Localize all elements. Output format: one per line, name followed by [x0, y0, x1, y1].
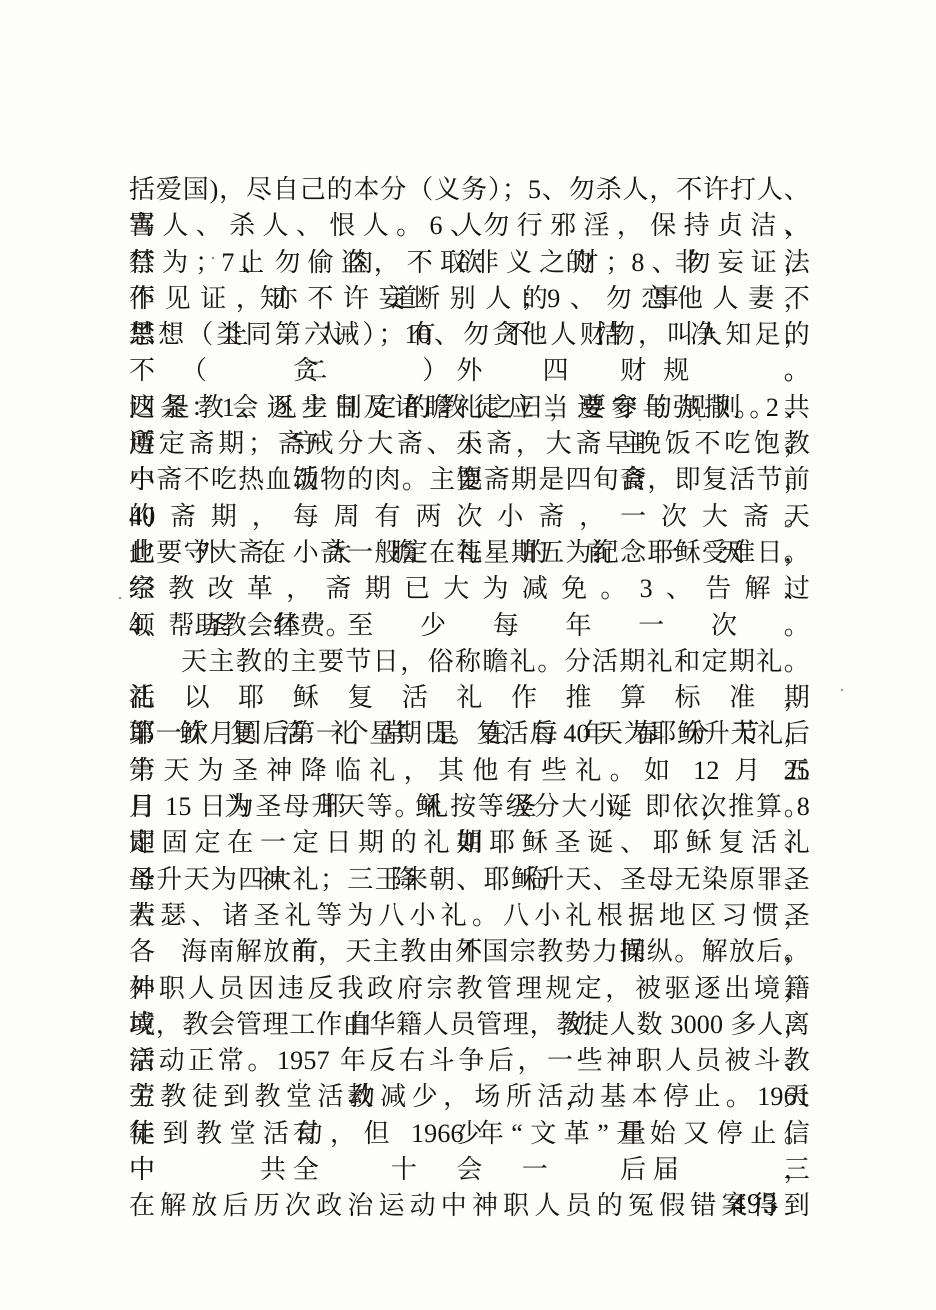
- text-line: 害人、杀人、恨人。6、勿行邪淫，保持贞洁，禁止肉欲的非法: [129, 208, 810, 244]
- text-line: 的斋期，每周有两次小斋，一次大斋。此外在大瞻礼的前一天，: [129, 499, 810, 535]
- text-line: 中全会后，在解放后历次政治运动中神职人员的冤假错案得到: [129, 1152, 810, 1188]
- text-line: 思想（类同第六诫）；10、勿贪他人财物，叫人知足，不贪外财。: [129, 317, 810, 353]
- text-line: 作见证，亦不许妄断别人；9、勿恋他人妻，禁止人有不洁净的: [129, 281, 810, 317]
- text-line paragraph-end: 若瑟、诸圣礼等为八小礼。八小礼根据地区习惯，各有不同。: [129, 898, 810, 934]
- page-number: 493: [731, 1189, 779, 1221]
- text-line: 宗教改革，斋期已大为减免。3、告解、领圣体至少每年一次。: [129, 571, 810, 607]
- text-line paragraph-start: 天主教的主要节日，俗称瞻礼。分活期礼和定期礼。活期: [129, 644, 810, 680]
- text-line: 境，教会管理工作由华籍人员管理，教徒人数 3000 多人，宗教: [129, 1007, 810, 1043]
- text-line: 活动正常。1957 年反右斗争后，一些神职人员被斗、劳教，天: [129, 1043, 810, 1079]
- text-line: 行为；7、勿偷盗，不取非义之财；8、勿妄证，不知道的事不: [129, 245, 810, 281]
- text-line: 主教徒到教堂活动减少，场所活动基本停止。1961 年有少量信: [129, 1079, 810, 1115]
- text-line: 徒到教堂活动，但 1966 年“文革”开始又停止。中共十一届三: [129, 1116, 810, 1152]
- text-line: 小斋不吃热血动物的肉。主要斋期是四旬斋，即复活节前 40 天: [129, 462, 810, 498]
- text-line: 月 15 日为圣母升天等。礼按等级分大小，即依次推算。定期礼: [129, 789, 810, 825]
- text-line: 也要守大斋。小斋一般定在每星期五为纪念耶稣受难日。经过: [129, 535, 810, 571]
- text-line paragraph-start: （二）四规。这是教会逐步制定的教徒应当遵守的规则。共: [129, 353, 810, 389]
- page-text: 括爱国)，尽自己的本分（义务）；5、勿杀人，不许打人、骂人、 害人、杀人、恨人。…: [129, 172, 810, 1188]
- text-line: 第一次月圆后第一个星期日。复活后 40 天为耶稣升天礼，第五: [129, 716, 810, 752]
- text-line: 母升天为四大礼；三王来朝、耶稣升天、圣母无染原罪、大圣: [129, 862, 810, 898]
- text-line: 即固定在一定日期的礼如耶稣圣诞、耶稣复活、圣神降临、圣: [129, 825, 810, 861]
- scanned-book-page: 括爱国)，尽自己的本分（义务）；5、勿杀人，不许打人、骂人、 害人、杀人、恨人。…: [0, 0, 936, 1310]
- text-line paragraph-start: 海南解放前，天主教由外国宗教势力操纵。解放后，外籍: [129, 934, 810, 970]
- text-line: 礼以耶稣复活礼作推算标准，耶稣复活礼常是在每年春分节后: [129, 680, 810, 716]
- text-line: 所定斋期；斋戒分大斋、小斋，大斋早晚饭不吃饱，中饭饱食，: [129, 426, 810, 462]
- text-line: 神职人员因违反我政府宗教管理规定，被驱逐出境，或自动离: [129, 971, 810, 1007]
- text-line: 四条：1、凡主日及诸瞻礼之日，要参与弥撒。2、遵守天主教: [129, 390, 810, 426]
- text-line: 括爱国)，尽自己的本分（义务）；5、勿杀人，不许打人、骂人、: [129, 172, 810, 208]
- text-line: 十天为圣神降临礼，其他有些礼。如 12 月 25 日为耶稣圣诞，8: [129, 753, 810, 789]
